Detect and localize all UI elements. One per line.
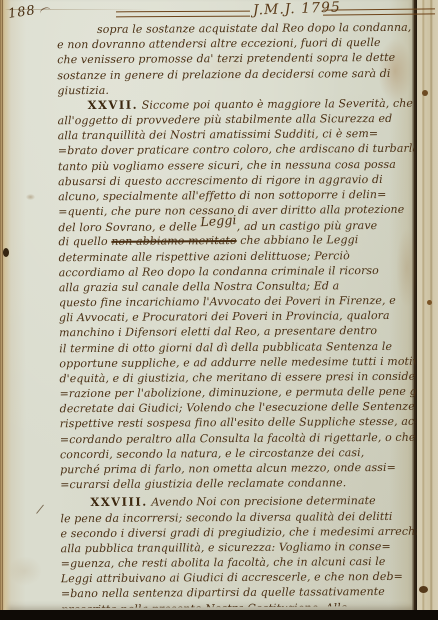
line-text: e secondo i diversi gradi di pregiudizio… [60, 524, 417, 540]
line-text: decretate dai Giudici; Volendo che l'ese… [60, 400, 415, 415]
line-text: , ad un castigo più grave [237, 219, 378, 233]
line-text: le pene da incorrersi; secondo la divers… [60, 509, 392, 524]
struck-through-text: non abbiamo meritato [111, 234, 236, 248]
line-text: =razione per l'abolizione, diminuzione, … [60, 385, 418, 401]
manuscript-photo: 188 J.M.J. 1795 / sopra le sostanze acqu… [0, 0, 438, 620]
line-text: concordi, secondo la natura, e le circos… [60, 446, 364, 461]
line-text: d'equità, e di giustizia, che meritano d… [59, 370, 417, 386]
line-text: all'oggetto di provvedere più stabilment… [58, 112, 393, 127]
line-text: =guenza, che resti abolita la facoltà, c… [61, 555, 386, 570]
line-text: sostanze in genere di prelazione da deci… [57, 66, 390, 81]
manuscript-line: =bano nella sentenza dipartirsi da quell… [61, 584, 417, 602]
line-text: accordiamo al Reo dopo la condanna crimi… [59, 264, 379, 279]
line-text: =curarsi della giustizia delle reclamate… [60, 476, 346, 491]
line-text: e non dovranno attendersi altre eccezion… [57, 36, 381, 51]
line-text: gli Avvocati, e Procuratori dei Poveri i… [59, 309, 390, 324]
line-text: di quello [58, 235, 111, 248]
line-text: purché prima di farlo, non ometta alcun … [60, 461, 396, 476]
line-text: alla tranquillità dei Nostri amatissimi … [58, 127, 379, 142]
paragraph-number: XXVIII. [90, 495, 148, 509]
line-text: alla grazia sul canale della Nostra Cons… [59, 279, 340, 294]
line-text: Leggi attribuivano ai Giudici di accresc… [61, 570, 403, 585]
line-text: =bano nella sentenza dipartirsi da quell… [61, 585, 385, 600]
header-rule-right [323, 8, 435, 15]
pen-flourish [39, 6, 52, 18]
line-text: questo fine incarichiamo l'Avvocato dei … [59, 294, 396, 309]
binding-line [2, 0, 3, 611]
book-fore-edge [417, 0, 438, 614]
line-text: tanto più vogliamo essere sicuri, che in… [58, 157, 396, 172]
line-text: Avendo Noi con precisione determinate [148, 494, 376, 509]
line-text: determinate alle rispettive azioni delit… [59, 249, 350, 264]
line-text: manchino i Difensori eletti dal Reo, a p… [59, 324, 377, 339]
manuscript-line: che venissero promosse da' terzi pretend… [57, 50, 413, 68]
line-text: il termine di otto giorni dal dì della p… [59, 340, 392, 355]
line-text: opportune suppliche, e ad addurre nelle … [59, 354, 417, 370]
line-text: che abbiano le Leggi [237, 234, 359, 248]
header-rule-left [116, 11, 250, 18]
manuscript-line: del loro Sovrano, e delle Leggi, ad un c… [58, 217, 414, 235]
background-strip [0, 610, 438, 620]
interlinear-insertion: Leggi [200, 212, 237, 229]
line-text: giustizia. [57, 84, 109, 97]
line-text: del loro Sovrano, e delle [58, 220, 200, 234]
line-text: rispettive resti sospesa fino all'esito … [60, 415, 417, 431]
manuscript-line: purché prima di farlo, non ometta alcun … [60, 460, 416, 478]
paragraph-number: XXVII. [87, 98, 138, 112]
manuscript-line: XXVIII. Avendo Noi con precisione determ… [60, 493, 416, 511]
line-text: che venissero promosse da' terzi pretend… [57, 51, 395, 66]
manuscript-line: sostanze in genere di prelazione da deci… [57, 65, 413, 83]
line-text: abusarsi di questo accrescimento di rigo… [58, 173, 383, 188]
line-text: Siccome poi quanto è maggiore la Severit… [138, 97, 413, 112]
manuscript-line: accordiamo al Reo dopo la condanna crimi… [59, 263, 415, 281]
line-text: alla pubblica tranquillità, e sicurezza:… [61, 540, 391, 555]
line-text: alcuno, specialmente all'effetto di non … [58, 188, 386, 203]
line-text: =brato dover praticare contro coloro, ch… [58, 142, 417, 158]
line-text: =cordando peraltro alla Consulta la faco… [60, 430, 416, 445]
manuscript-line: =curarsi della giustizia delle reclamate… [60, 475, 416, 493]
line-text: sopra le sostanze acquistate dal Reo dop… [97, 21, 411, 36]
manuscript-lines: sopra le sostanze acquistate dal Reo dop… [57, 20, 417, 608]
